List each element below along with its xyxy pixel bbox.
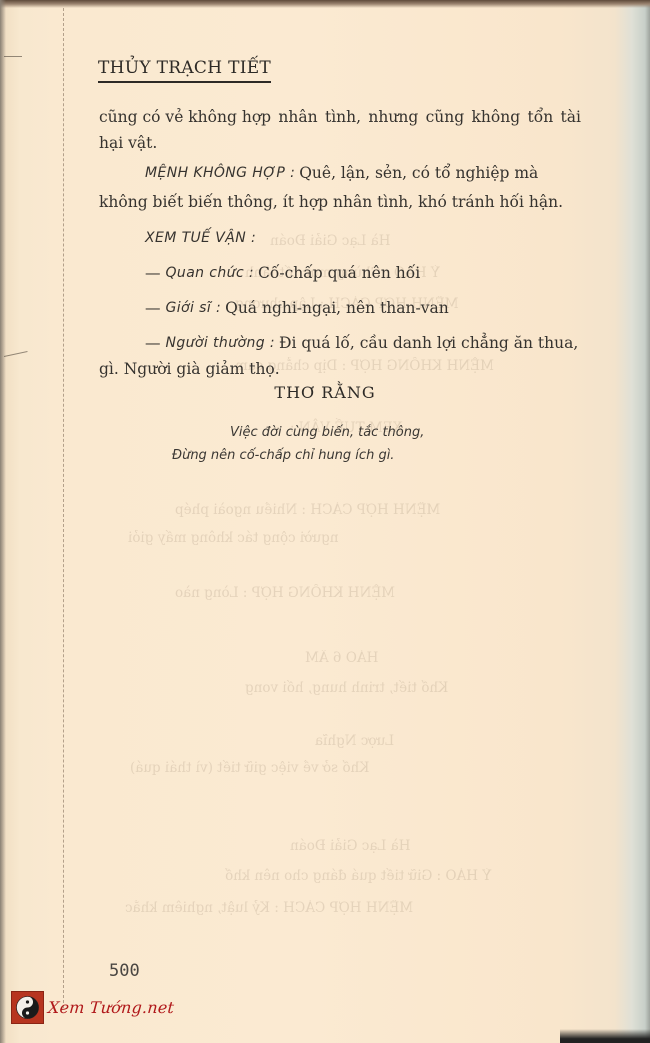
watermark: Xem Tướng.net [11,991,174,1024]
list-item: — Quan chức : Cố-chấp quá nên hối [99,260,581,286]
dash: — [145,260,161,286]
logo [11,991,44,1024]
continuation-paragraph: cũng có vẻ không hợp nhân tình, nhưng cũ… [99,104,581,156]
dash: — [145,330,161,356]
dash: — [145,295,161,321]
word: tình, [325,104,361,130]
page-gutter-shadow [0,0,6,1043]
margin-mark [4,56,22,57]
word: cũng [426,104,465,130]
word: tài [561,104,581,130]
word: không [472,104,521,130]
ghost-line: Khổ sở về việc giữ tiết (vì thái quá) [130,760,369,776]
poem-line: Việc đời cùng biến, tắc thông, [170,421,490,444]
yin-yang-icon [16,996,39,1019]
page-bottom-edge [560,1029,650,1043]
watermark-brand: Xem Tướng.net [47,998,175,1017]
word: cũng có vẻ không hợp [99,104,271,130]
list-item-text: Cố-chấp quá nên hối [258,260,420,286]
ghost-line: HÀO 6 ÂM [305,650,378,666]
text-line: cũng có vẻ không hợp nhân tình, nhưng cũ… [99,104,581,130]
word: nhân [278,104,317,130]
poem: Việc đời cùng biến, tắc thông, Đừng nên … [170,421,490,467]
poem-line: Đừng nên cố-chấp chỉ hung ích gì. [170,444,490,467]
ghost-line: Khổ tiết, trinh hung, hối vong [245,680,448,696]
margin-mark [4,351,28,357]
running-head: THỦY TRẠCH TIẾT [98,58,271,83]
section-label: MỆNH KHÔNG HỢP : [145,160,295,186]
text-line: MỆNH KHÔNG HỢP : Quê, lận, sẻn, có tổ ng… [99,160,581,186]
scanned-book-page: Hà Lạc Giải Đoán Ý HÀO : Chừng mực tốt l… [0,0,650,1043]
ghost-line: Lược Nghĩa [315,733,394,749]
list-item-text: Đi quá lố, cầu danh lợi chẳng ăn thua, [279,330,578,356]
xem-tue-van-section: XEM TUẾ VẬN : — Quan chức : Cố-chấp quá … [99,225,581,382]
text-line: gì. Người già giảm thọ. [99,356,581,382]
ghost-line: MỆNH HỢP CÁCH : Nhiều ngoài phép [175,502,440,518]
ghost-line: MỆNH HỢP CÁCH : Kỷ luật, nghiêm khắc [125,900,413,916]
ghost-line: người cộng tác không mấy giỏi [128,530,338,546]
list-item-text: Quá nghi-ngại, nên than-van [225,295,449,321]
word: tổn [528,104,554,130]
word: nhưng [368,104,418,130]
section-heading: XEM TUẾ VẬN : [99,225,581,251]
ghost-line: Hà Lạc Giải Đoán [290,838,411,854]
poem-heading: THƠ RẰNG [0,383,650,402]
list-item-role: Quan chức : [166,260,255,286]
list-item-role: Giới sĩ : [166,295,222,321]
page-top-edge [0,0,650,8]
text-line: không biết biến thông, ít hợp nhân tình,… [99,186,581,215]
ghost-line: MỆNH KHÔNG HỢP : Lòng nào [175,585,395,601]
text-line-content: hại vật. [99,130,157,156]
section-heading-text: XEM TUẾ VẬN : [145,225,256,251]
list-item: — Người thường : Đi quá lố, cầu danh lợi… [99,330,581,356]
text-line: hại vật. [99,130,581,156]
menh-khong-hop-paragraph: MỆNH KHÔNG HỢP : Quê, lận, sẻn, có tổ ng… [99,160,581,215]
fold-crease [63,8,65,1008]
text-line-content: gì. Người già giảm thọ. [99,356,280,382]
page-number: 500 [109,961,140,981]
ghost-line: Ý HÀO : Giữ tiết quá đáng cho nên khổ [225,868,491,884]
text-line-content: Quê, lận, sẻn, có tổ nghiệp mà [299,160,538,186]
list-item-role: Người thường : [166,330,275,356]
list-item: — Giới sĩ : Quá nghi-ngại, nên than-van [99,295,581,321]
text-line-content: không biết biến thông, ít hợp nhân tình,… [99,189,563,215]
